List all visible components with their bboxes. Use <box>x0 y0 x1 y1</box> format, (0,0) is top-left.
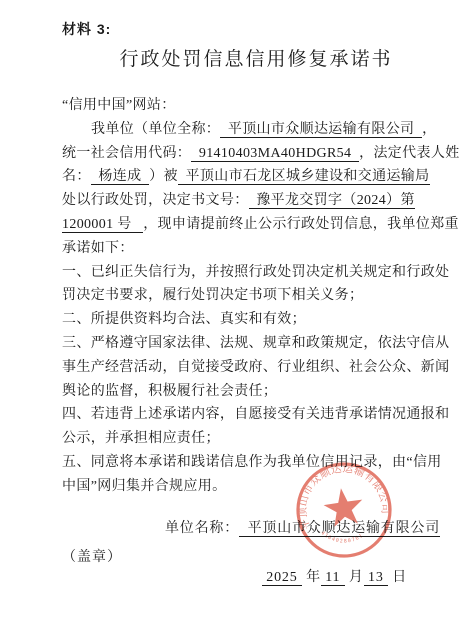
document-page: 材料 3: 行政处罚信息信用修复承诺书 “信用中国”网站： 我单位（单位全称： … <box>0 0 476 633</box>
salutation: “信用中国”网站： <box>62 94 454 118</box>
body-line: 公示，并承担相应责任； <box>62 427 454 451</box>
text-run: ，法定代表人姓 <box>359 146 459 161</box>
body-line: 四、若违背上述承诺内容，自愿接受有关违背承诺情况通报和 <box>62 403 454 427</box>
fill-in-value: 11 <box>321 570 345 586</box>
body-line: 舆论的监督，积极履行社会责任； <box>62 380 454 404</box>
text-run: 公示，并承担相应责任； <box>62 431 220 446</box>
fill-in-value: 13 <box>364 570 388 586</box>
fill-in-value: 91410403MA40HDGR54 <box>191 146 359 162</box>
fill-in-value: 平顶山市石龙区城乡建设和交通运输局 <box>178 169 430 185</box>
text-run: 罚决定书要求，履行处罚决定书项下相关义务； <box>62 288 363 303</box>
body-line: 我单位（单位全称： 平顶山市众顺达运输有限公司 ， <box>62 118 454 142</box>
seal-note: （盖章） <box>62 546 122 566</box>
body-line: 中国”网归集并合规应用。 <box>62 475 454 499</box>
text-run: 日 <box>388 570 407 585</box>
body-line: 二、所提供资料均合法、真实和有效； <box>62 308 454 332</box>
fill-in-value: 平顶山市众顺达运输有限公司 <box>220 122 422 138</box>
text-run: 我单位（单位全称： <box>91 122 220 137</box>
text-run: ，现申请提前终止公示行政处罚信息，我单位郑重 <box>143 217 459 232</box>
fill-in-value: 杨连成 <box>91 169 149 185</box>
signature-date-line: 2025 年 11 月 13 日 <box>262 566 407 586</box>
text-run: ）被 <box>149 169 178 184</box>
body-line: 一、已纠正失信行为，并按照行政处罚决定机关规定和行政处 <box>62 261 454 285</box>
body-line: 三、严格遵守国家法律、法规、规章和政策规定，依法守信从 <box>62 332 454 356</box>
text-run: 承诺如下： <box>62 241 134 256</box>
fill-in-value: 2025 <box>262 570 302 586</box>
body-line: 名： 杨连成 ）被 平顶山市石龙区城乡建设和交通运输局 <box>62 165 454 189</box>
text-run: 舆论的监督，积极履行社会责任； <box>62 384 277 399</box>
text-run: 统一社会信用代码： <box>62 146 191 161</box>
fill-in-value: 豫平龙交罚字（2024）第 <box>249 193 415 209</box>
text-run: 二、所提供资料均合法、真实和有效； <box>62 312 306 327</box>
text-run: ， <box>422 122 436 137</box>
body-line: 处以行政处罚，决定书文号： 豫平龙交罚字（2024）第 <box>62 189 454 213</box>
body-line: 五、同意将本承诺和践诺信息作为我单位信用记录，由“信用 <box>62 451 454 475</box>
text-run: 五、同意将本承诺和践诺信息作为我单位信用记录，由“信用 <box>62 455 442 470</box>
text-run: 名： <box>62 169 91 184</box>
text-run: 月 <box>345 570 364 585</box>
body-line: 事生产经营活动，自觉接受政府、行业组织、社会公众、新闻 <box>62 356 454 380</box>
text-run: 四、若违背上述承诺内容，自愿接受有关违背承诺情况通报和 <box>62 407 449 422</box>
body-lines: 我单位（单位全称： 平顶山市众顺达运输有限公司 ，统一社会信用代码： 91410… <box>62 118 454 499</box>
body-line: 承诺如下： <box>62 237 454 261</box>
text-run: 一、已纠正失信行为，并按照行政处罚决定机关规定和行政处 <box>62 265 449 280</box>
text-run: 年 <box>302 570 321 585</box>
body-line: 1200001 号 ，现申请提前终止公示行政处罚信息，我单位郑重 <box>62 213 454 237</box>
document-body: “信用中国”网站： 我单位（单位全称： 平顶山市众顺达运输有限公司 ，统一社会信… <box>62 94 454 499</box>
document-title: 行政处罚信息信用修复承诺书 <box>62 44 450 71</box>
text-run: 三、严格遵守国家法律、法规、规章和政策规定，依法守信从 <box>62 336 449 351</box>
body-line: 统一社会信用代码： 91410403MA40HDGR54 ，法定代表人姓 <box>62 142 454 166</box>
text-run: 处以行政处罚，决定书文号： <box>62 193 249 208</box>
fill-in-value: 平顶山市众顺达运输有限公司 <box>239 521 440 537</box>
text-run: 单位名称： <box>165 521 239 536</box>
signature-unit-line: 单位名称： 平顶山市众顺达运输有限公司 <box>165 517 440 537</box>
material-label: 材料 3: <box>62 19 111 39</box>
fill-in-value: 1200001 号 <box>62 217 143 233</box>
body-line: 罚决定书要求，履行处罚决定书项下相关义务； <box>62 284 454 308</box>
text-run: 中国”网归集并合规应用。 <box>62 479 226 494</box>
text-run: 事生产经营活动，自觉接受政府、行业组织、社会公众、新闻 <box>62 360 449 375</box>
